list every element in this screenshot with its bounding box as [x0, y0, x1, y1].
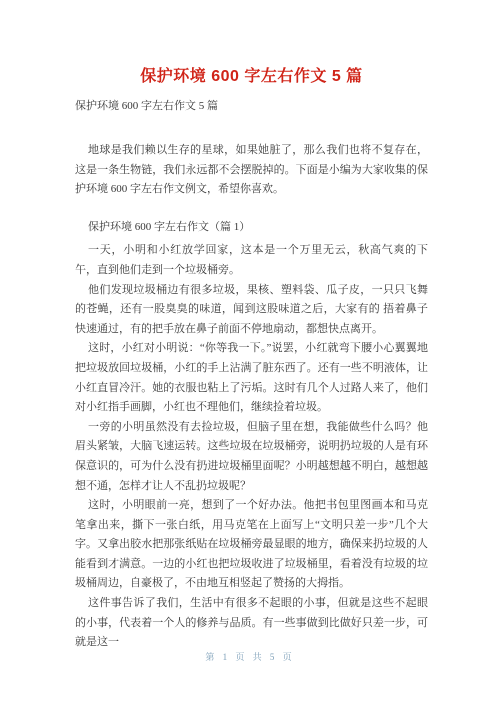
essay-1-paragraph: 这时，小明眼前一亮，想到了一个好办法。他把书包里图画本和马克笔拿出来，撕下一张白… [75, 496, 428, 594]
document-title: 保护环境 600 字左右作文 5 篇 [75, 68, 428, 86]
essay-1-paragraph: 一天，小明和小红放学回家，这本是一个万里无云，秋高气爽的下午，直到他们走到一个垃… [75, 241, 428, 280]
essay-1-paragraph: 这时，小红对小明说：“你等我一下。”说罢，小红就弯下腰小心翼翼地把垃圾放回垃圾桶… [75, 339, 428, 417]
essay-1-paragraph: 他们发现垃圾桶边有很多垃圾，果核、塑料袋、瓜子皮，一只只飞舞的苍蝇，还有一股臭臭… [75, 281, 428, 340]
intro-paragraph: 地球是我们赖以生存的星球，如果她脏了，那么我们也将不复存在，这是一条生物链，我们… [75, 141, 428, 200]
essay-1-paragraph: 一旁的小明虽然没有去捡垃圾，但脑子里在想，我能做些什么吗？他眉头紧皱，大脑飞速运… [75, 418, 428, 496]
essay-1-paragraph: 这件事告诉了我们，生活中有很多不起眼的小事，但就是这些不起眼的小事，代表着一个人… [75, 594, 428, 653]
page-number-footer: 第 1 页 共 5 页 [0, 650, 500, 663]
document-page: 保护环境 600 字左右作文 5 篇 保护环境 600 字左右作文 5 篇 地球… [0, 0, 500, 707]
document-subtitle: 保护环境 600 字左右作文 5 篇 [75, 98, 428, 114]
essay-1-heading: 保护环境 600 字左右作文（篇 1） [75, 218, 428, 238]
